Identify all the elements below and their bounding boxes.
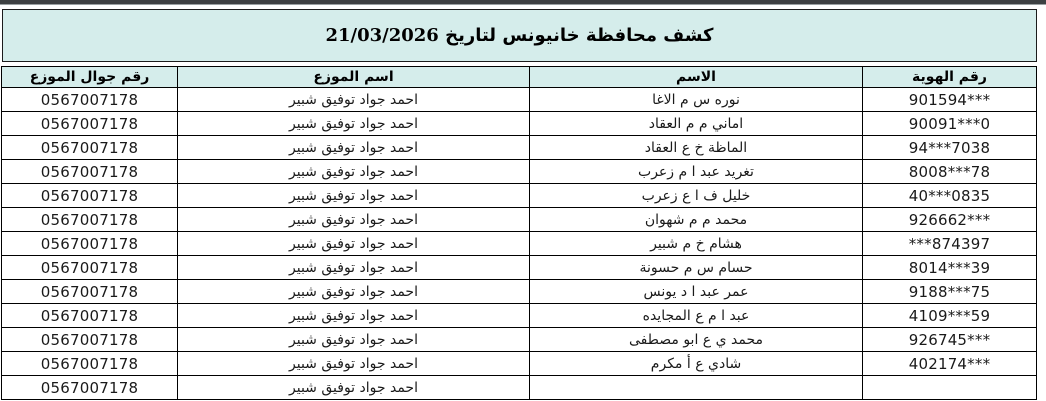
cell-distributor-mobile: 0567007178 — [2, 328, 178, 352]
cell-person-name: عبد ا م ع المجايده — [530, 304, 863, 328]
table-row: 8014***39 حسام س م حسونة احمد جواد توفيق… — [2, 256, 1037, 280]
cell-person-name: محمد م م شهوان — [530, 208, 863, 232]
cell-distributor-mobile: 0567007178 — [2, 112, 178, 136]
cell-id-number: ***874397 — [863, 232, 1037, 256]
cell-distributor-mobile: 0567007178 — [2, 256, 178, 280]
cell-id-number: 40***0835 — [863, 184, 1037, 208]
table-row: 40***0835 خليل ف ا ع زعرب احمد جواد توفي… — [2, 184, 1037, 208]
report-title: كشف محافظة خانيونس لتاريخ 21/03/2026 — [325, 25, 713, 46]
cell-distributor-mobile: 0567007178 — [2, 376, 178, 400]
cell-id-number: 94***7038 — [863, 136, 1037, 160]
report-sheet: كشف محافظة خانيونس لتاريخ 21/03/2026 رقم… — [2, 9, 1037, 400]
cell-person-name: الماظة خ ع العقاد — [530, 136, 863, 160]
cell-person-name: هشام خ م شبير — [530, 232, 863, 256]
column-header-phone: رقم جوال الموزع — [2, 67, 178, 88]
table-row: 9188***75 عمر عبد ا د يونس احمد جواد توف… — [2, 280, 1037, 304]
table-row: 90091***0 اماني م م العقاد احمد جواد توف… — [2, 112, 1037, 136]
cell-distributor-mobile: 0567007178 — [2, 184, 178, 208]
table-row: 94***7038 الماظة خ ع العقاد احمد جواد تو… — [2, 136, 1037, 160]
cell-distributor-name: احمد جواد توفيق شبير — [178, 160, 530, 184]
table-row: 8008***78 تغريد عبد ا م زعرب احمد جواد ت… — [2, 160, 1037, 184]
cell-id-number: 926662*** — [863, 208, 1037, 232]
cell-distributor-name: احمد جواد توفيق شبير — [178, 256, 530, 280]
cell-id-number: 4109***59 — [863, 304, 1037, 328]
cell-distributor-name: احمد جواد توفيق شبير — [178, 280, 530, 304]
table-row: 926662*** محمد م م شهوان احمد جواد توفيق… — [2, 208, 1037, 232]
table-header-row: رقم الهوية الاسم اسم الموزع رقم جوال الم… — [2, 67, 1037, 88]
cell-person-name — [530, 376, 863, 400]
cell-distributor-mobile: 0567007178 — [2, 160, 178, 184]
cell-person-name: محمد ي ع ابو مصطفى — [530, 328, 863, 352]
cell-distributor-name: احمد جواد توفيق شبير — [178, 184, 530, 208]
cell-id-number: 901594*** — [863, 88, 1037, 112]
cell-id-number: 926745*** — [863, 328, 1037, 352]
cell-person-name: تغريد عبد ا م زعرب — [530, 160, 863, 184]
cell-id-number: 9188***75 — [863, 280, 1037, 304]
cell-person-name: خليل ف ا ع زعرب — [530, 184, 863, 208]
column-header-id: رقم الهوية — [863, 67, 1037, 88]
table-row: احمد جواد توفيق شبير 0567007178 — [2, 376, 1037, 400]
cell-id-number — [863, 376, 1037, 400]
cell-distributor-mobile: 0567007178 — [2, 304, 178, 328]
cell-distributor-name: احمد جواد توفيق شبير — [178, 136, 530, 160]
cell-distributor-name: احمد جواد توفيق شبير — [178, 376, 530, 400]
cell-distributor-mobile: 0567007178 — [2, 88, 178, 112]
cell-distributor-mobile: 0567007178 — [2, 352, 178, 376]
top-edge-strip — [0, 0, 1046, 5]
table-row: ***874397 هشام خ م شبير احمد جواد توفيق … — [2, 232, 1037, 256]
column-header-name: الاسم — [530, 67, 863, 88]
cell-person-name: شادي ع أ مكرم — [530, 352, 863, 376]
column-header-distributor: اسم الموزع — [178, 67, 530, 88]
cell-distributor-mobile: 0567007178 — [2, 208, 178, 232]
table-row: 901594*** نوره س م الاغا احمد جواد توفيق… — [2, 88, 1037, 112]
cell-person-name: حسام س م حسونة — [530, 256, 863, 280]
cell-id-number: 8014***39 — [863, 256, 1037, 280]
cell-person-name: نوره س م الاغا — [530, 88, 863, 112]
table-row: 926745*** محمد ي ع ابو مصطفى احمد جواد ت… — [2, 328, 1037, 352]
cell-distributor-name: احمد جواد توفيق شبير — [178, 352, 530, 376]
cell-distributor-name: احمد جواد توفيق شبير — [178, 328, 530, 352]
cell-distributor-name: احمد جواد توفيق شبير — [178, 304, 530, 328]
cell-distributor-mobile: 0567007178 — [2, 136, 178, 160]
table-row: 402174*** شادي ع أ مكرم احمد جواد توفيق … — [2, 352, 1037, 376]
cell-distributor-name: احمد جواد توفيق شبير — [178, 112, 530, 136]
cell-person-name: عمر عبد ا د يونس — [530, 280, 863, 304]
table-row: 4109***59 عبد ا م ع المجايده احمد جواد ت… — [2, 304, 1037, 328]
cell-distributor-name: احمد جواد توفيق شبير — [178, 88, 530, 112]
cell-distributor-name: احمد جواد توفيق شبير — [178, 208, 530, 232]
cell-id-number: 90091***0 — [863, 112, 1037, 136]
distribution-table: رقم الهوية الاسم اسم الموزع رقم جوال الم… — [1, 66, 1037, 400]
cell-distributor-mobile: 0567007178 — [2, 232, 178, 256]
cell-distributor-name: احمد جواد توفيق شبير — [178, 232, 530, 256]
cell-id-number: 402174*** — [863, 352, 1037, 376]
cell-distributor-mobile: 0567007178 — [2, 280, 178, 304]
report-title-band: كشف محافظة خانيونس لتاريخ 21/03/2026 — [2, 9, 1037, 62]
cell-person-name: اماني م م العقاد — [530, 112, 863, 136]
table-body: 901594*** نوره س م الاغا احمد جواد توفيق… — [2, 88, 1037, 400]
cell-id-number: 8008***78 — [863, 160, 1037, 184]
